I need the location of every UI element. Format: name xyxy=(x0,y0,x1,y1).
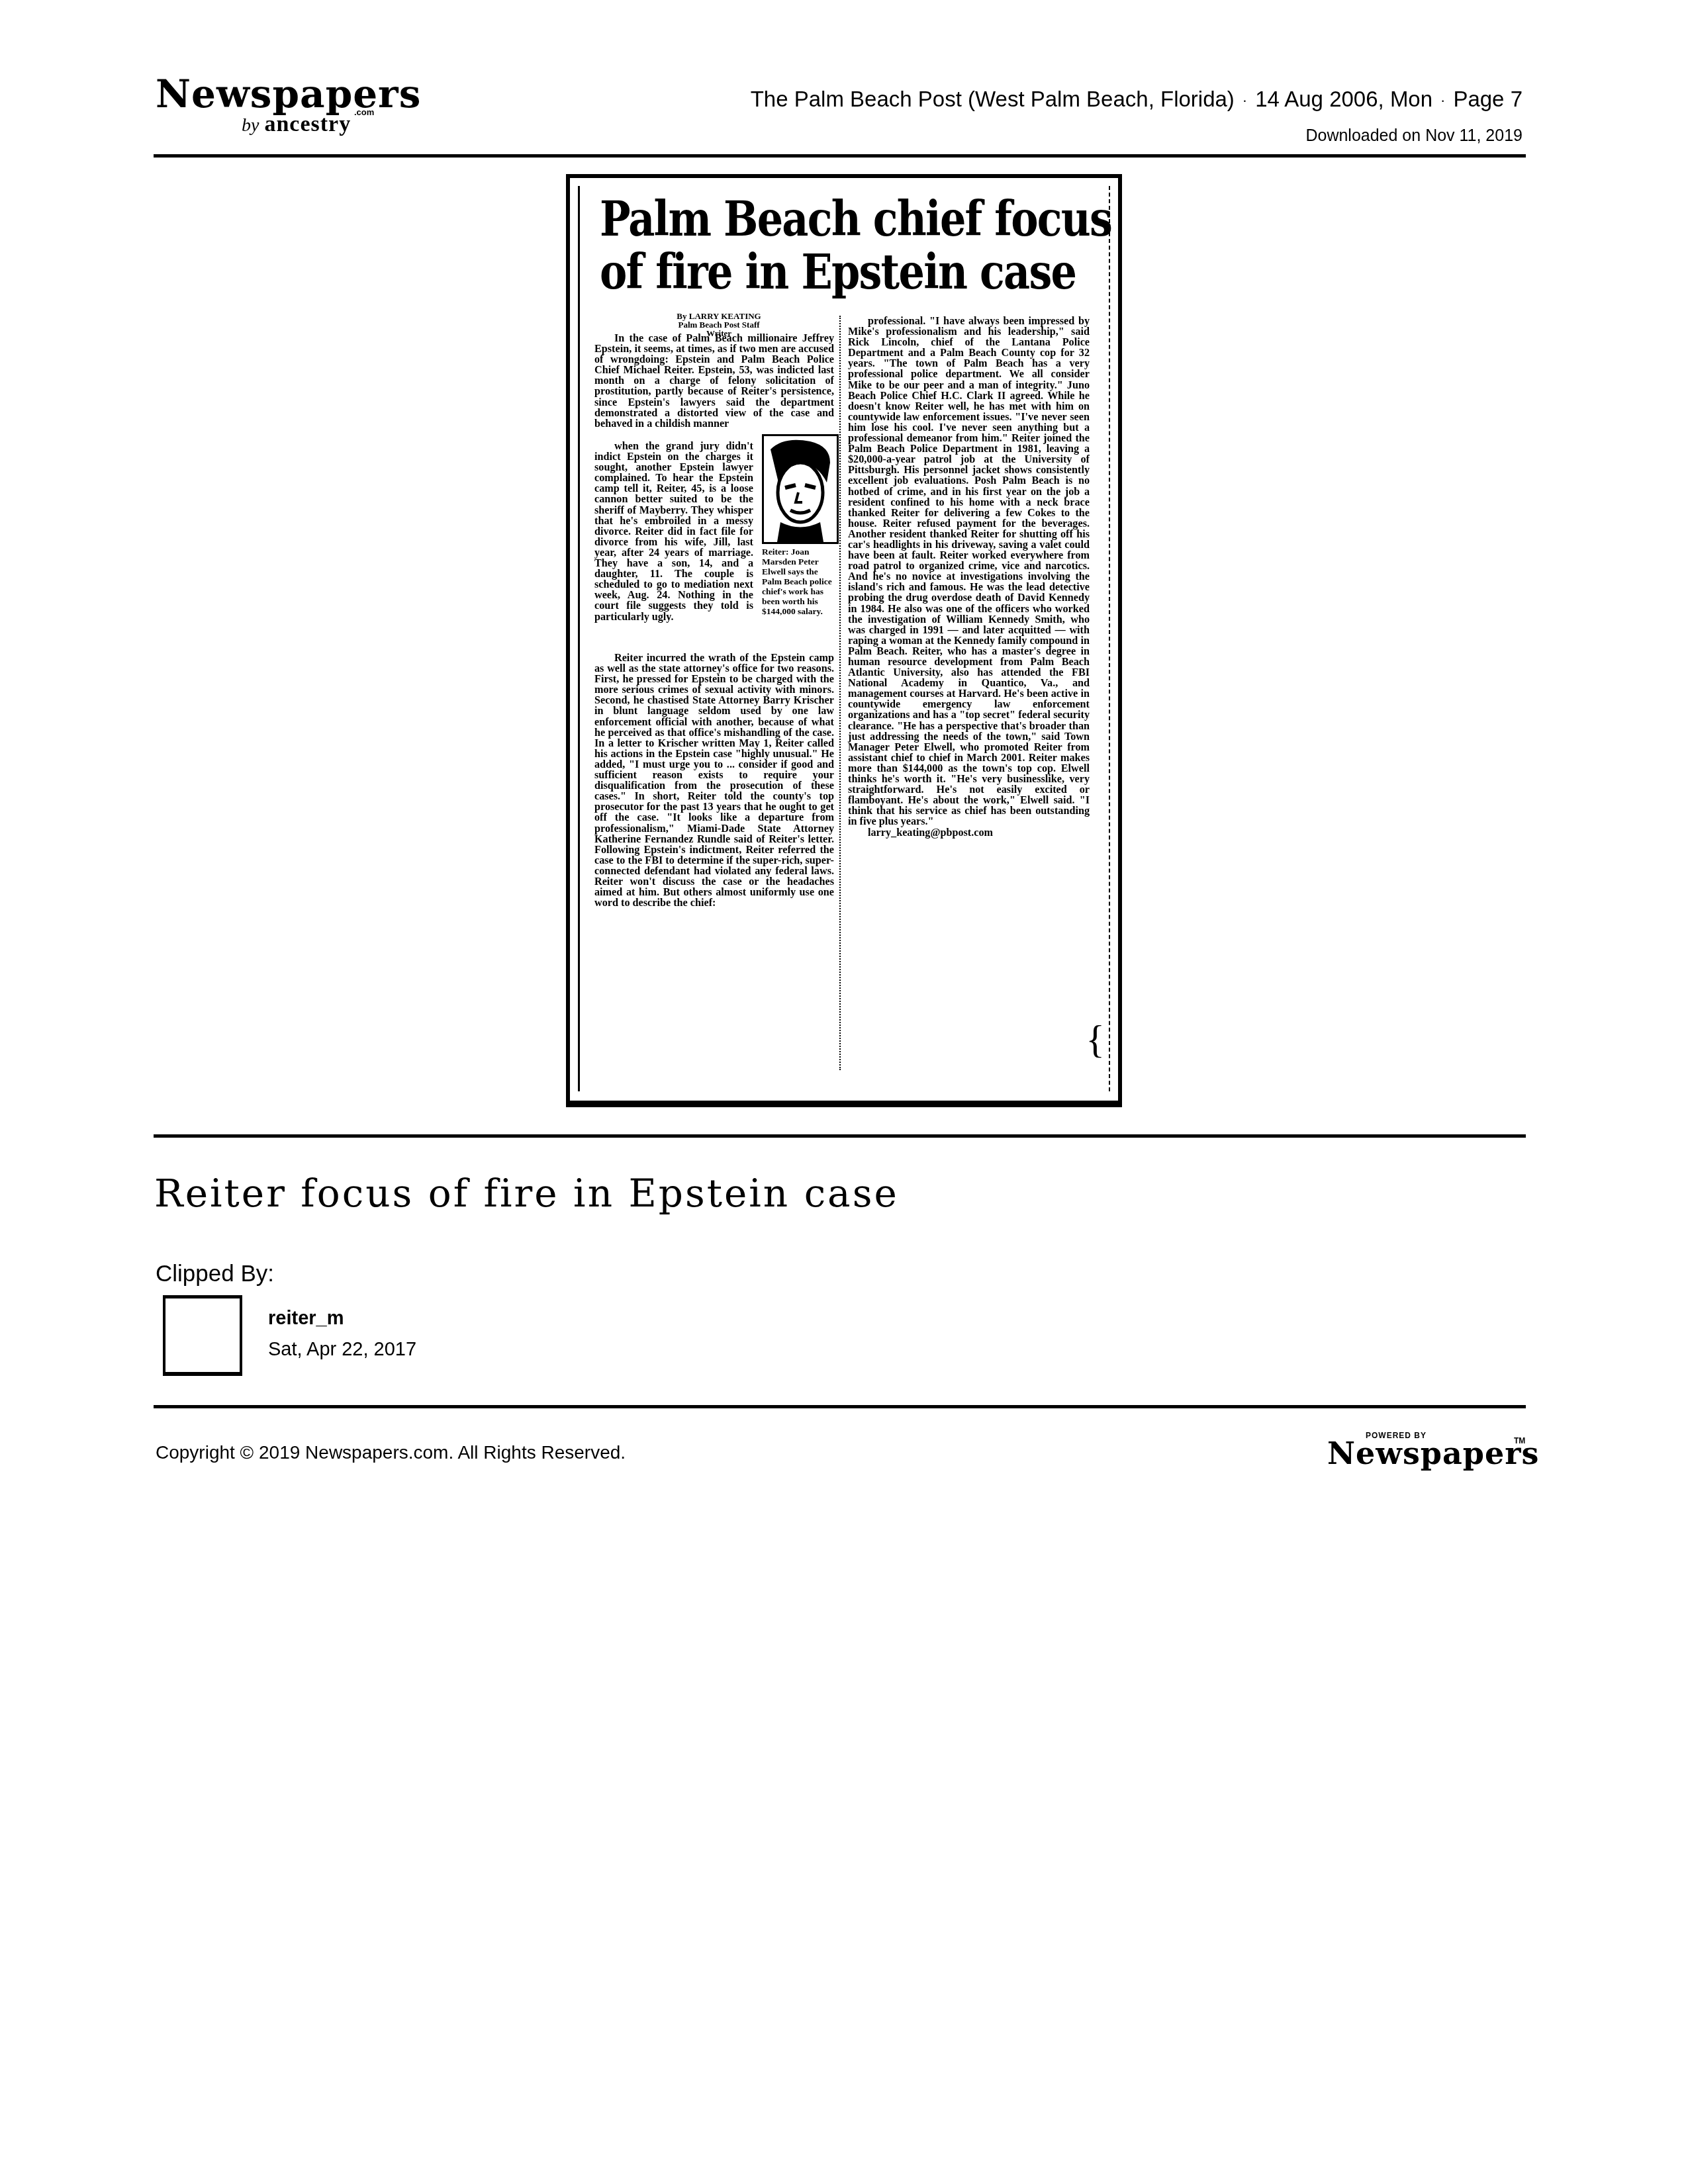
logo-brand: Newspapers xyxy=(156,73,421,115)
article-paragraph: when the grand jury didn't indict Epstei… xyxy=(594,441,753,622)
ancestry-wordmark: ancestry xyxy=(264,112,351,136)
article-paragraph: In the case of Palm Beach millionaire Je… xyxy=(594,333,834,429)
clipper-username[interactable]: reiter_m xyxy=(268,1307,344,1330)
article-paragraph: Reiter incurred the wrath of the Epstein… xyxy=(594,653,834,908)
publication-name: The Palm Beach Post (West Palm Beach, Fl… xyxy=(751,87,1235,111)
footer-logo-brand: Newspapers xyxy=(1327,1435,1539,1472)
user-avatar[interactable] xyxy=(163,1295,242,1376)
downloaded-date: Downloaded on Nov 11, 2019 xyxy=(1305,126,1523,146)
logo-by: by xyxy=(242,115,259,136)
publication-date: 14 Aug 2006, Mon xyxy=(1255,87,1432,111)
separator-dot: · xyxy=(1440,92,1445,109)
portrait-icon xyxy=(764,436,837,542)
reiter-portrait-photo xyxy=(762,434,839,544)
clip-title: Reiter focus of fire in Epstein case xyxy=(154,1170,899,1216)
article-column-left-bottom: Reiter incurred the wrath of the Epstein… xyxy=(594,653,834,908)
bracket-mark: { xyxy=(1086,1017,1105,1062)
header-divider xyxy=(154,154,1526,158)
article-column-left-narrow: when the grand jury didn't indict Epstei… xyxy=(594,441,753,622)
trademark-mark: TM xyxy=(1514,1436,1525,1445)
column-divider xyxy=(839,316,841,1070)
author-email: larry_keating@pbpost.com xyxy=(848,827,1090,838)
clipping-divider xyxy=(154,1134,1526,1138)
page-number: Page 7 xyxy=(1453,87,1523,111)
clip-date: Sat, Apr 22, 2017 xyxy=(268,1338,416,1361)
footer-divider xyxy=(154,1405,1526,1408)
article-column-left-top: In the case of Palm Beach millionaire Je… xyxy=(594,333,834,429)
separator-dot: · xyxy=(1243,92,1247,109)
logo-byline: byancestry xyxy=(242,111,351,139)
powered-by-newspapers-logo: POWERED BY Newspapers TM xyxy=(1327,1430,1526,1476)
headline-line-2: of fire in Epstein case xyxy=(600,246,1033,298)
clipping-inner-frame: Palm Beach chief focus of fire in Epstei… xyxy=(578,186,1110,1091)
newspaper-clipping-image: Palm Beach chief focus of fire in Epstei… xyxy=(566,174,1122,1107)
article-column-right: professional. "I have always been impres… xyxy=(848,316,1090,838)
newspapers-by-ancestry-logo: Newspapers .com byancestry xyxy=(156,73,381,139)
clipping-headline: Palm Beach chief focus of fire in Epstei… xyxy=(600,193,1033,298)
photo-caption: Reiter: Joan Marsden Peter Elwell says t… xyxy=(762,547,836,616)
article-paragraph: professional. "I have always been impres… xyxy=(848,316,1090,827)
publication-info: The Palm Beach Post (West Palm Beach, Fl… xyxy=(751,86,1523,114)
headline-line-1: Palm Beach chief focus xyxy=(600,193,1033,246)
copyright-notice: Copyright © 2019 Newspapers.com. All Rig… xyxy=(156,1441,626,1464)
logo-com-suffix: .com xyxy=(354,107,374,117)
clipped-by-label: Clipped By: xyxy=(156,1261,274,1287)
